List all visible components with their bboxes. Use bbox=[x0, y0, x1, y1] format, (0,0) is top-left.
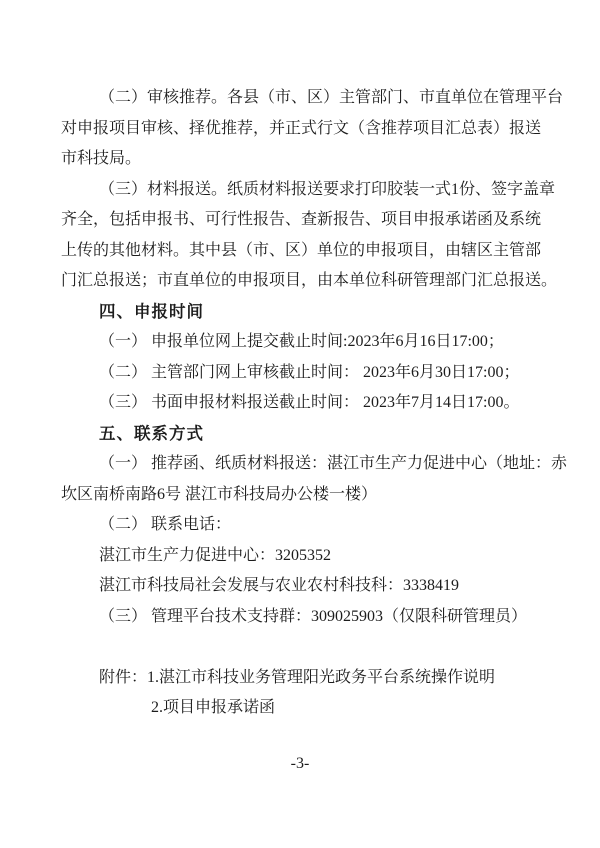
document-page: （二）审核推荐。各县（市、区）主管部门、市直单位在管理平台对申报项目审核、择优推… bbox=[0, 0, 600, 848]
document-text-line: （三） 书面申报材料报送截止时间： 2023年7月14日17:00。 bbox=[61, 388, 553, 419]
document-text-line: 湛江市科技局社会发展与农业农村科技科：3338419 bbox=[61, 571, 553, 602]
document-body: （二）审核推荐。各县（市、区）主管部门、市直单位在管理平台对申报项目审核、择优推… bbox=[61, 83, 553, 724]
section-heading: 四、申报时间 bbox=[61, 297, 553, 328]
document-text-line: 齐全，包括申报书、可行性报告、查新报告、项目申报承诺函及系统 bbox=[61, 205, 553, 236]
document-text-line: （二）审核推荐。各县（市、区）主管部门、市直单位在管理平台 bbox=[61, 83, 553, 114]
document-text-line: 坎区南桥南路6号 湛江市科技局办公楼一楼） bbox=[61, 480, 553, 511]
document-text-line: 附件：1.湛江市科技业务管理阳光政务平台系统操作说明 bbox=[61, 663, 553, 694]
document-text-line: （二） 主管部门网上审核截止时间： 2023年6月30日17:00； bbox=[61, 358, 553, 389]
document-text-line: （三）材料报送。纸质材料报送要求打印胶装一式1份、签字盖章 bbox=[61, 175, 553, 206]
blank-line bbox=[61, 632, 553, 663]
document-text-line: （一） 申报单位网上提交截止时间:2023年6月16日17:00； bbox=[61, 327, 553, 358]
document-text-line: 市科技局。 bbox=[61, 144, 553, 175]
document-text-line: 对申报项目审核、择优推荐，并正式行文（含推荐项目汇总表）报送 bbox=[61, 114, 553, 145]
section-heading: 五、联系方式 bbox=[61, 419, 553, 450]
document-text-line: 湛江市生产力促进中心：3205352 bbox=[61, 541, 553, 572]
page-number: -3- bbox=[0, 752, 600, 776]
document-text-line: （一） 推荐函、纸质材料报送：湛江市生产力促进中心（地址：赤 bbox=[61, 449, 553, 480]
document-text-line: 门汇总报送；市直单位的申报项目，由本单位科研管理部门汇总报送。 bbox=[61, 266, 553, 297]
document-text-line: 2.项目申报承诺函 bbox=[61, 693, 553, 724]
document-text-line: （三） 管理平台技术支持群：309025903（仅限科研管理员） bbox=[61, 602, 553, 633]
document-text-line: （二） 联系电话： bbox=[61, 510, 553, 541]
document-text-line: 上传的其他材料。其中县（市、区）单位的申报项目，由辖区主管部 bbox=[61, 236, 553, 267]
